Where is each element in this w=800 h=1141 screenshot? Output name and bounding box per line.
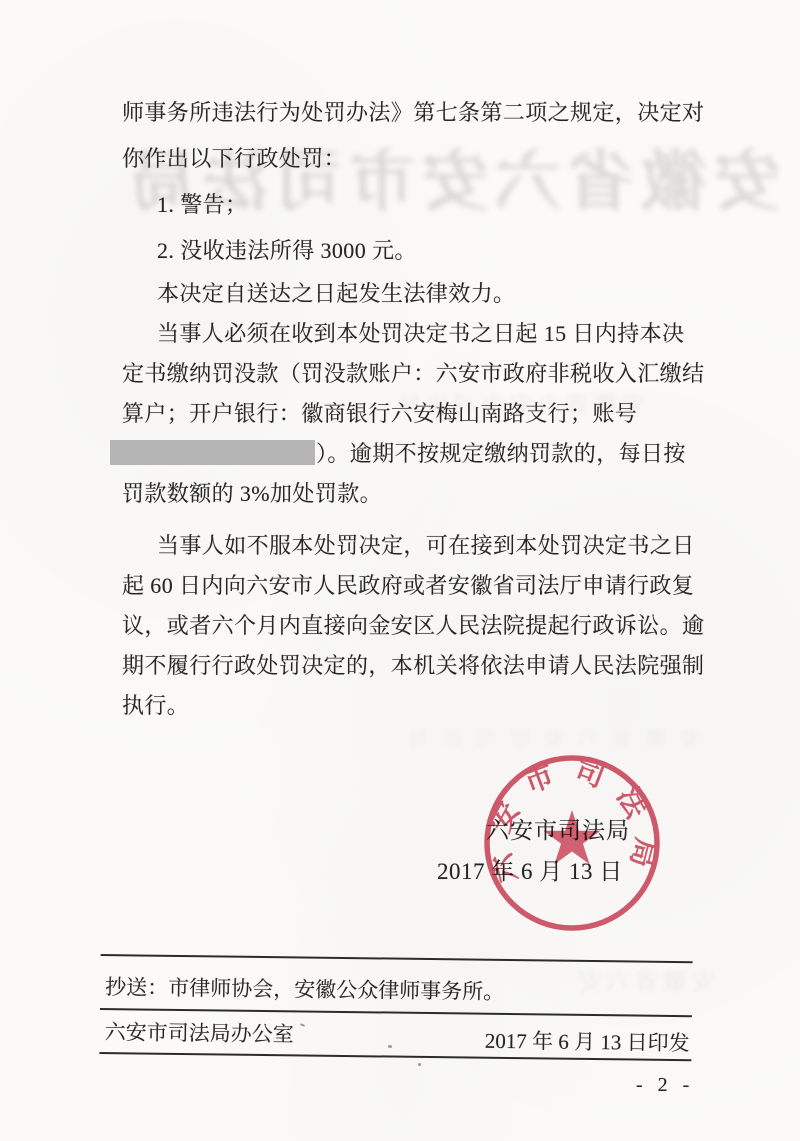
issuing-office: 六安市司法局办公室 xyxy=(105,1016,294,1048)
page-number: - 2 - xyxy=(636,1074,694,1097)
scan-speck xyxy=(388,1045,392,1048)
document-line: 当事人必须在收到本处罚决定书之日起 15 日内持本决 xyxy=(122,314,712,354)
document-line: 定书缴纳罚没款（罚没款账户：六安市政府非税收入汇缴结 xyxy=(122,354,712,394)
document-line: 本决定自送达之日起发生法律效力。 xyxy=(122,274,712,314)
print-date: 2017 年 6 月 13 日印发 xyxy=(485,1025,690,1057)
document-body: 师事务所违法行为处罚办法》第七条第二项之规定，决定对你作出以下行政处罚：1. 警… xyxy=(122,90,712,726)
document-line: 当事人如不服本处罚决定，可在接到本处罚决定书之日 xyxy=(122,526,712,566)
footer-rule-top xyxy=(101,954,693,963)
official-seal-stamp: 六安市司法局 xyxy=(477,748,667,938)
seal-star-icon xyxy=(544,810,601,864)
bleedthrough-smudge: 安徽省六安市司法局 xyxy=(180,722,700,751)
document-line: 期不履行行政处罚决定的，本机关将依法申请人民法院强制 xyxy=(122,646,712,686)
scanned-document-page: 安徽省六安市司法局 安徽省六安市司法局 安徽省六安市司法局 安徽省六安市司法局 … xyxy=(0,0,800,1141)
cc-line: 抄送：市律师协会，安徽公众律师事务所。 xyxy=(105,971,504,1006)
redacted-account-number xyxy=(110,440,315,465)
footer-block: 抄送：市律师协会，安徽公众律师事务所。 六安市司法局办公室 2017 年 6 月… xyxy=(99,950,692,1069)
document-line: 师事务所违法行为处罚办法》第七条第二项之规定，决定对 xyxy=(122,90,712,136)
footer-rule-middle xyxy=(100,1008,692,1017)
document-line: 算户；开户银行：徽商银行六安梅山南路支行；账号 xyxy=(122,394,712,434)
document-line: 2. 没收违法所得 3000 元。 xyxy=(122,228,712,274)
document-line: 1. 警告； xyxy=(122,182,712,228)
document-line: 起 60 日内向六安市人民政府或者安徽省司法厅申请行政复 xyxy=(122,566,712,606)
document-line: 执行。 xyxy=(122,686,712,726)
scan-speck xyxy=(418,1063,421,1066)
document-line: ）。逾期不按规定缴纳罚款的，每日按 xyxy=(122,434,712,474)
document-line: 议，或者六个月内直接向金安区人民法院提起行政诉讼。逾 xyxy=(122,606,712,646)
document-line: 罚款数额的 3%加处罚款。 xyxy=(122,474,712,514)
document-line: 你作出以下行政处罚： xyxy=(122,136,712,182)
